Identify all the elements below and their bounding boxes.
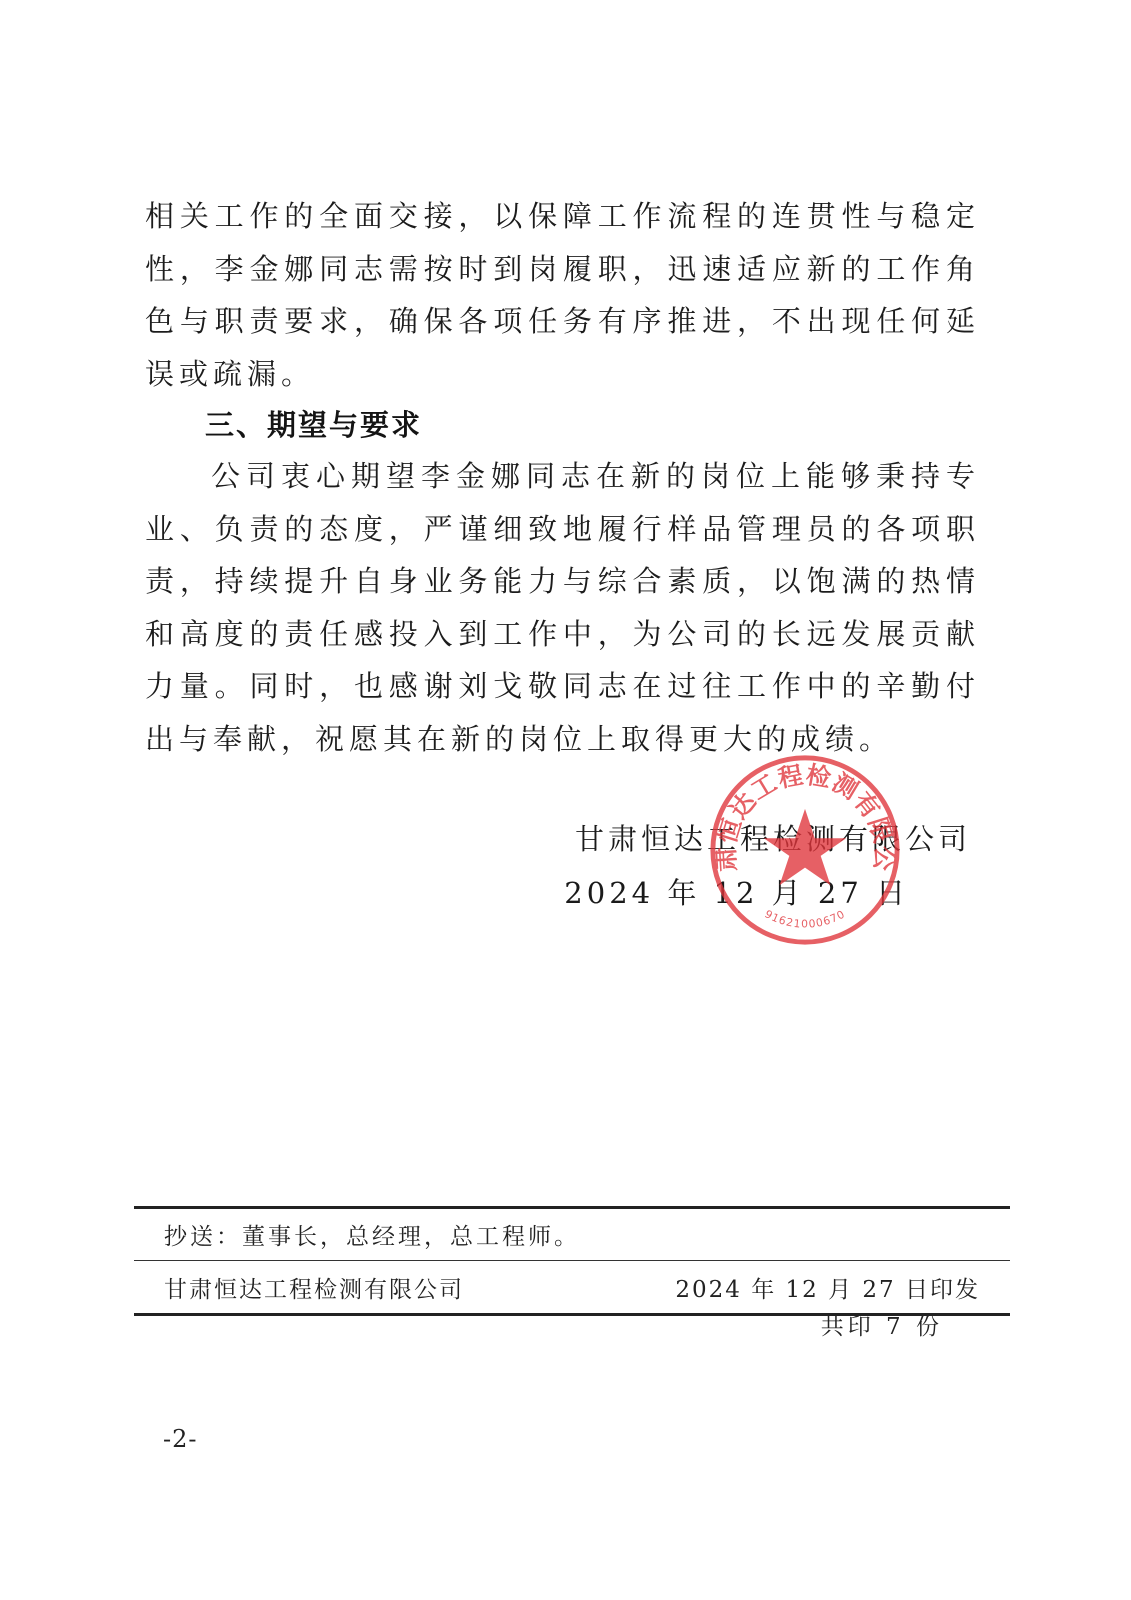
cc-recipients: 抄送：董事长，总经理，总工程师。 (164, 1218, 580, 1251)
issuer-row: 甘肃恒达工程检测有限公司 2024 年 12 月 27 日印发 (134, 1261, 1010, 1313)
body-text: 相关工作的全面交接，以保障工作流程的连贯性与稳定性，李金娜同志需按时到岗履职，迅… (145, 190, 980, 765)
signature-date: 2024 年 12 月 27 日 (564, 866, 971, 920)
issue-date: 2024 年 12 月 27 日印发 (675, 1271, 980, 1304)
paragraph-continuation: 相关工作的全面交接，以保障工作流程的连贯性与稳定性，李金娜同志需按时到岗履职，迅… (145, 190, 980, 400)
document-footer: 抄送：董事长，总经理，总工程师。 甘肃恒达工程检测有限公司 2024 年 12 … (134, 1206, 1010, 1316)
issuer-name: 甘肃恒达工程检测有限公司 (164, 1271, 464, 1304)
signature-block: 甘肃恒达工程检测有限公司 2024 年 12 月 27 日 (564, 812, 971, 920)
page-number: -2- (163, 1425, 198, 1453)
section-heading-expectations: 三、期望与要求 (145, 400, 980, 450)
document-page: 相关工作的全面交接，以保障工作流程的连贯性与稳定性，李金娜同志需按时到岗履职，迅… (0, 0, 1131, 1600)
cc-row: 抄送：董事长，总经理，总工程师。 (134, 1209, 1010, 1260)
signature-company: 甘肃恒达工程检测有限公司 (564, 812, 971, 866)
print-copies: 共印 7 份 (821, 1308, 943, 1341)
paragraph-expectations: 公司衷心期望李金娜同志在新的岗位上能够秉持专业、负责的态度，严谨细致地履行样品管… (145, 450, 980, 765)
